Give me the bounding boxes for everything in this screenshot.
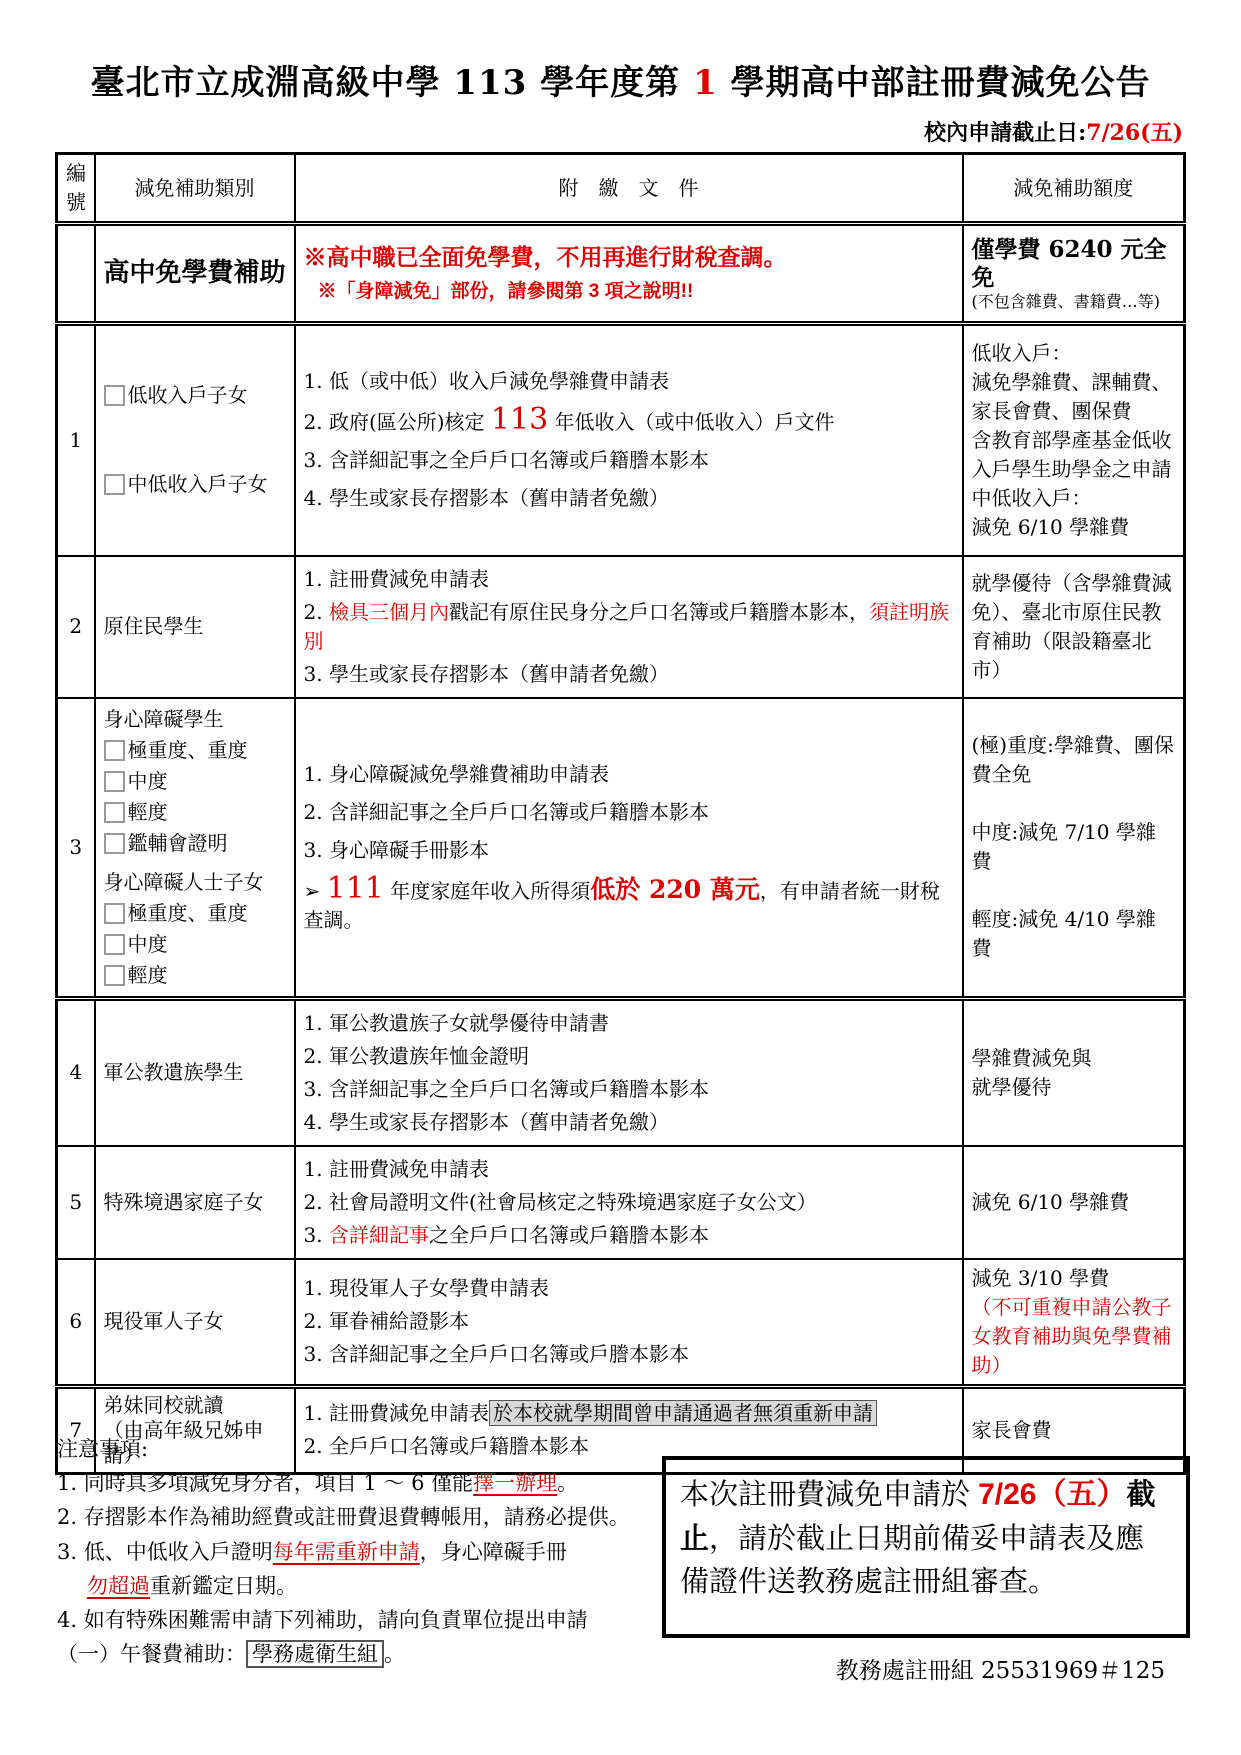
- deadline-date: 7/26(五): [1086, 120, 1183, 146]
- row5-doc-2: 2. 社會局證明文件(社會局核定之特殊境遇家庭子女公文）: [304, 1188, 954, 1217]
- checkbox-severe[interactable]: [104, 740, 125, 761]
- deadline-label: 校內申請截止日:: [924, 120, 1086, 146]
- row4-doc-1: 1. 軍公教遺族子女就學優待申請書: [304, 1009, 954, 1038]
- checkbox-mild[interactable]: [104, 802, 125, 823]
- row3-cat-head-1: 身心障礙學生: [104, 705, 286, 734]
- header-no: 編號: [57, 154, 95, 224]
- row1-amount: 低收入戶： 減免學雜費、課輔費、家長會費、團保費 含教育部學產基金低收入戶學生助…: [963, 324, 1185, 556]
- row5-amount: 減免 6/10 學雜費: [963, 1146, 1185, 1259]
- checkbox-label: 中度: [128, 930, 168, 959]
- row4-doc-3: 3. 含詳細記事之全戶戶口名簿或戶籍謄本影本: [304, 1075, 954, 1104]
- row2-doc-2: 2. 檢具三個月內戳記有原住民身分之戶口名簿或戶籍謄本影本，須註明族別: [304, 598, 954, 656]
- checkbox-label: 中度: [128, 767, 168, 796]
- checkbox-moderate[interactable]: [104, 771, 125, 792]
- row-low-income: 1 低收入戶子女 中低收入戶子女 1. 低（或中低）收入戶減免學雜費申請表 2.…: [57, 324, 1185, 556]
- checkbox-label: 極重度、重度: [128, 736, 248, 765]
- checkbox-low-income[interactable]: [104, 385, 125, 406]
- row5-doc-3: 3. 含詳細記事之全戶戶口名簿或戶籍謄本影本: [304, 1221, 954, 1250]
- row1-doc2-pre: 2. 政府(區公所)核定: [304, 410, 491, 434]
- note4-sub-pre: （一）午餐費補助：: [57, 1642, 246, 1666]
- row0-doc-note-1: ※高中職已全面免學費，不用再進行財稅查調。: [304, 241, 954, 274]
- row2-no: 2: [57, 556, 95, 698]
- row3-doc-1: 1. 身心障礙減免學雜費補助申請表: [304, 760, 954, 789]
- row4-doc-2: 2. 軍公教遺族年恤金證明: [304, 1042, 954, 1071]
- header-category: 減免補助類別: [95, 154, 295, 224]
- row0-doc-note-2: ※「身障減免」部份，請參閱第 3 項之說明!!: [304, 278, 954, 306]
- note4-sub-unit: 學務處衛生組: [246, 1640, 384, 1668]
- announcement-page: 臺北市立成淵高級中學 113 學年度第 1 學期高中部註冊費減免公告 校內申請截…: [0, 0, 1241, 1755]
- row0-amount-main: 僅學費 6240 元全免: [972, 236, 1176, 291]
- row6-doc-3: 3. 含詳細記事之全戶戶口名簿或戶謄本影本: [304, 1340, 954, 1369]
- note1-post: 。: [557, 1471, 578, 1495]
- note3-emphasis-2: 勿超過: [87, 1574, 150, 1598]
- arrow-bullet-icon: ➢: [304, 879, 327, 903]
- header-documents: 附 繳 文 件: [295, 154, 963, 224]
- checkbox-parent-moderate[interactable]: [104, 934, 125, 955]
- row3-doc-2: 2. 含詳細記事之全戶戶口名簿或戶籍謄本影本: [304, 798, 954, 827]
- row3-doc4-year: 111: [327, 871, 384, 906]
- checkbox-label: 輕度: [128, 798, 168, 827]
- row7-category-line1: 弟妹同校就讀: [104, 1393, 286, 1418]
- row7-doc-1: 1. 註冊費減免申請表於本校就學期間曾申請通過者無須重新申請: [304, 1399, 954, 1428]
- row5-doc-1: 1. 註冊費減免申請表: [304, 1155, 954, 1184]
- notes-section: 注意事項: 1. 同時具多項減免身分者，項目 1 ～ 6 僅能擇一辦理。 2. …: [57, 1432, 642, 1672]
- row-special-circumstance: 5 特殊境遇家庭子女 1. 註冊費減免申請表 2. 社會局證明文件(社會局核定之…: [57, 1146, 1185, 1259]
- note3-pre: 3. 低、中低收入戶證明: [57, 1540, 273, 1564]
- row3-amount: (極)重度:學雜費、團保費全免 中度:減免 7/10 學雜費 輕度:減免 4/1…: [963, 698, 1185, 999]
- checkbox-label: 輕度: [128, 961, 168, 990]
- row3-doc4-threshold: 低於 220 萬元: [590, 875, 760, 904]
- row5-no: 5: [57, 1146, 95, 1259]
- row1-doc2-post: 年低收入（或中低收入）戶文件: [548, 410, 834, 434]
- row2-doc-3: 3. 學生或家長存摺影本（舊申請者免繳）: [304, 660, 954, 689]
- note-1: 1. 同時具多項減免身分者，項目 1 ～ 6 僅能擇一辦理。: [57, 1466, 642, 1500]
- row2-doc2-num: 2.: [304, 600, 329, 624]
- row4-category: 軍公教遺族學生: [95, 998, 295, 1146]
- note-4: 4. 如有特殊困難需申請下列補助，請向負責單位提出申請: [57, 1603, 642, 1637]
- title-semester-number: 1: [693, 63, 718, 103]
- row3-doc-3: 3. 身心障礙手冊影本: [304, 836, 954, 865]
- note3-mid: ，身心障礙手冊: [420, 1540, 567, 1564]
- deadline-box-post: ，請於截止日期前備妥申請表及應備證件送教務處註冊組審查。: [680, 1523, 1144, 1599]
- row6-doc-2: 2. 軍眷補給證影本: [304, 1307, 954, 1336]
- note-3: 3. 低、中低收入戶證明每年需重新申請，身心障礙手冊: [57, 1535, 642, 1569]
- deadline-box-date: 7/26（五）: [978, 1478, 1126, 1511]
- title-text-pre: 臺北市立成淵高級中學 113 學年度第: [91, 63, 693, 103]
- row-disability: 3 身心障礙學生 極重度、重度 中度 輕度 鑑輔會證明 身心障礙人士子女 極重度…: [57, 698, 1185, 999]
- row2-doc2-red1: 檢具三個月內: [329, 600, 449, 624]
- checkbox-label: 低收入戶子女: [128, 381, 248, 410]
- row6-no: 6: [57, 1259, 95, 1387]
- checkbox-label: 鑑輔會證明: [128, 829, 228, 858]
- row5-category: 特殊境遇家庭子女: [95, 1146, 295, 1259]
- notes-heading: 注意事項:: [57, 1432, 642, 1466]
- deadline-box: 本次註冊費減免申請於 7/26（五）截止，請於截止日期前備妥申請表及應備證件送教…: [662, 1456, 1190, 1638]
- note1-pre: 1. 同時具多項減免身分者，項目 1 ～ 6 僅能: [57, 1471, 473, 1495]
- row4-doc-4: 4. 學生或家長存摺影本（舊申請者免繳）: [304, 1108, 954, 1137]
- application-deadline-note: 校內申請截止日:7/26(五): [924, 116, 1183, 147]
- row1-doc2-year: 113: [491, 402, 548, 437]
- row3-doc-4: ➢ 111 年度家庭年收入所得須低於 220 萬元，有申請者統一財稅查調。: [304, 874, 954, 935]
- title-text-post: 學期高中部註冊費減免公告: [718, 63, 1151, 103]
- note4-sub-post: 。: [384, 1642, 405, 1666]
- row6-doc-1: 1. 現役軍人子女學費申請表: [304, 1274, 954, 1303]
- row5-doc3-red: 含詳細記事: [329, 1223, 429, 1247]
- row2-amount: 就學優待（含學雜費減免）、臺北市原住民教育補助（限設籍臺北市）: [963, 556, 1185, 698]
- row4-amount: 學雜費減免與 就學優待: [963, 998, 1185, 1146]
- row5-doc3-num: 3.: [304, 1223, 329, 1247]
- note-4-sub: （一）午餐費補助：學務處衛生組。: [57, 1637, 642, 1671]
- row4-no: 4: [57, 998, 95, 1146]
- deadline-box-pre: 本次註冊費減免申請於: [680, 1479, 978, 1511]
- row3-doc4-mid: 年度家庭年收入所得須: [384, 879, 590, 903]
- header-amount: 減免補助額度: [963, 154, 1185, 224]
- row2-doc2-mid: 戳記有原住民身分之戶口名簿或戶籍謄本影本，: [449, 600, 869, 624]
- table-header-row: 編號 減免補助類別 附 繳 文 件 減免補助額度: [57, 154, 1185, 224]
- row1-doc-4: 4. 學生或家長存摺影本（舊申請者免繳）: [304, 484, 954, 513]
- row0-amount-sub: (不包含雜費、書籍費…等): [972, 292, 1176, 311]
- checkbox-label: 中低收入戶子女: [128, 470, 268, 499]
- fee-reduction-table: 編號 減免補助類別 附 繳 文 件 減免補助額度 高中免學費補助 ※高中職已全面…: [55, 152, 1186, 1475]
- checkbox-parent-severe[interactable]: [104, 903, 125, 924]
- note-3-continued: 勿超過重新鑑定日期。: [57, 1569, 642, 1603]
- row0-category: 高中免學費補助: [104, 258, 286, 288]
- row1-no: 1: [57, 324, 95, 556]
- row6-category: 現役軍人子女: [95, 1259, 295, 1387]
- row-tuition-free: 高中免學費補助 ※高中職已全面免學費，不用再進行財稅查調。 ※「身障減免」部份，…: [57, 224, 1185, 324]
- row6-amount-main: 減免 3/10 學費: [972, 1264, 1176, 1293]
- row3-no: 3: [57, 698, 95, 999]
- row1-doc-2: 2. 政府(區公所)核定 113 年低收入（或中低收入）戶文件: [304, 405, 954, 437]
- row2-category: 原住民學生: [95, 556, 295, 698]
- note-2: 2. 存摺影本作為補助經費或註冊費退費轉帳用，請務必提供。: [57, 1500, 642, 1534]
- row2-doc-1: 1. 註冊費減免申請表: [304, 565, 954, 594]
- row5-doc3-post: 之全戶戶口名簿或戶籍謄本影本: [429, 1223, 709, 1247]
- page-title: 臺北市立成淵高級中學 113 學年度第 1 學期高中部註冊費減免公告: [0, 55, 1241, 104]
- checkbox-parent-mild[interactable]: [104, 965, 125, 986]
- row-active-military: 6 現役軍人子女 1. 現役軍人子女學費申請表 2. 軍眷補給證影本 3. 含詳…: [57, 1259, 1185, 1387]
- footer-contact: 教務處註冊組 25531969＃125: [836, 1652, 1165, 1685]
- row3-cat-head-2: 身心障礙人士子女: [104, 868, 286, 897]
- row-survivors: 4 軍公教遺族學生 1. 軍公教遺族子女就學優待申請書 2. 軍公教遺族年恤金證…: [57, 998, 1185, 1146]
- row7-doc1-pre: 1. 註冊費減免申請表: [304, 1401, 489, 1425]
- note3-emphasis-1: 每年需重新申請: [273, 1540, 420, 1564]
- note1-emphasis: 擇一辦理: [473, 1471, 557, 1495]
- checkbox-label: 極重度、重度: [128, 899, 248, 928]
- row1-doc-3: 3. 含詳細記事之全戶戶口名簿或戶籍謄本影本: [304, 446, 954, 475]
- note3-post: 重新鑑定日期。: [150, 1574, 297, 1598]
- row0-no: [57, 224, 95, 324]
- row-indigenous: 2 原住民學生 1. 註冊費減免申請表 2. 檢具三個月內戳記有原住民身分之戶口…: [57, 556, 1185, 698]
- checkbox-mid-low-income[interactable]: [104, 474, 125, 495]
- row6-amount-restriction: （不可重複申請公教子女教育補助與免學費補助）: [972, 1293, 1176, 1380]
- checkbox-assessment-cert[interactable]: [104, 833, 125, 854]
- row7-doc1-highlight: 於本校就學期間曾申請通過者無須重新申請: [489, 1400, 877, 1426]
- row1-doc-1: 1. 低（或中低）收入戶減免學雜費申請表: [304, 367, 954, 396]
